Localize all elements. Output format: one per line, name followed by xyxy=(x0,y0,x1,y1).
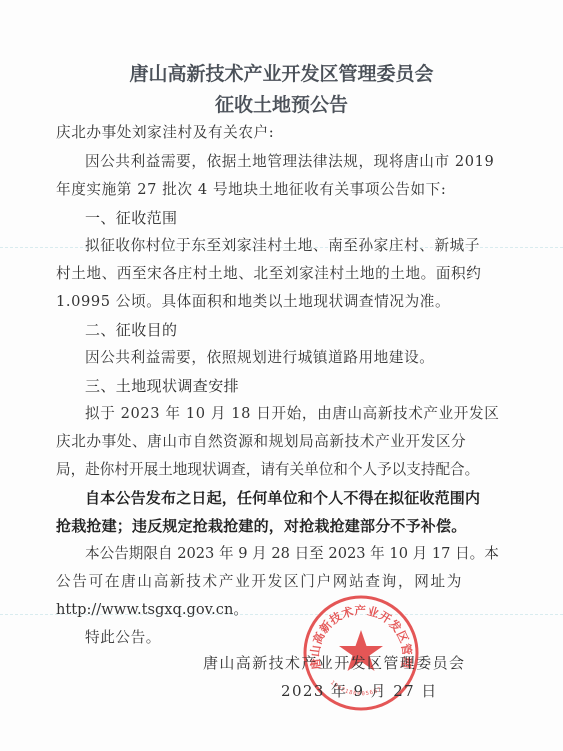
document-subtitle: 征收土地预公告 xyxy=(0,90,563,117)
signature-org: 唐山高新技术产业开发区管理委员会 xyxy=(203,652,465,673)
closing-statement: 特此公告。 xyxy=(85,628,491,648)
survey-line-3: 局，赴你村开展土地现状调查，请有关单位和个人予以支持配合。 xyxy=(56,460,462,480)
section-heading-purpose: 二、征收目的 xyxy=(85,320,491,340)
scope-line-3: 1.0995 公顷。具体面积和地类以土地现状调查情况为准。 xyxy=(56,292,462,312)
website-url: http://www.tsgxq.gov.cn。 xyxy=(56,600,462,620)
intro-line-2: 年度实施第 27 批次 4 号地块土地征收有关事项公告如下: xyxy=(56,180,462,200)
purpose-line-1: 因公共利益需要，依照规划进行城镇道路用地建设。 xyxy=(85,348,491,368)
survey-line-1: 拟于 2023 年 10 月 18 日开始，由唐山高新技术产业开发区 xyxy=(85,404,462,424)
period-line-2: 公告可在唐山高新技术产业开发区门户网站查询，网址为 xyxy=(56,572,462,592)
addressee: 庆北办事处刘家洼村及有关农户: xyxy=(56,123,462,143)
intro-line-1: 因公共利益需要，依据土地管理法律法规，现将唐山市 2019 xyxy=(85,152,461,172)
period-line-1: 本公告期限自 2023 年 9 月 28 日至 2023 年 10 月 17 日… xyxy=(85,544,462,564)
section-heading-scope: 一、征收范围 xyxy=(85,208,491,228)
section-heading-survey: 三、土地现状调查安排 xyxy=(85,376,491,396)
document-title: 唐山高新技术产业开发区管理委员会 xyxy=(0,59,563,86)
warning-line-1: 自本公告发布之日起，任何单位和个人不得在拟征收范围内 xyxy=(85,488,462,508)
signature-date: 2023 年 9 月 27 日 xyxy=(281,680,438,701)
warning-line-2: 抢栽抢建；违反规定抢栽抢建的，对抢栽抢建部分不予补偿。 xyxy=(56,516,462,536)
document-page: 唐山高新技术产业开发区管理委员会 征收土地预公告 庆北办事处刘家洼村及有关农户:… xyxy=(0,0,563,751)
scope-line-2: 村土地、西至宋各庄村土地、北至刘家洼村土地的土地。面积约 xyxy=(56,264,462,284)
survey-line-2: 庆北办事处、唐山市自然资源和规划局高新技术产业开发区分 xyxy=(56,432,462,452)
scope-line-1: 拟征收你村位于东至刘家洼村土地、南至孙家庄村、新城子 xyxy=(85,236,462,256)
